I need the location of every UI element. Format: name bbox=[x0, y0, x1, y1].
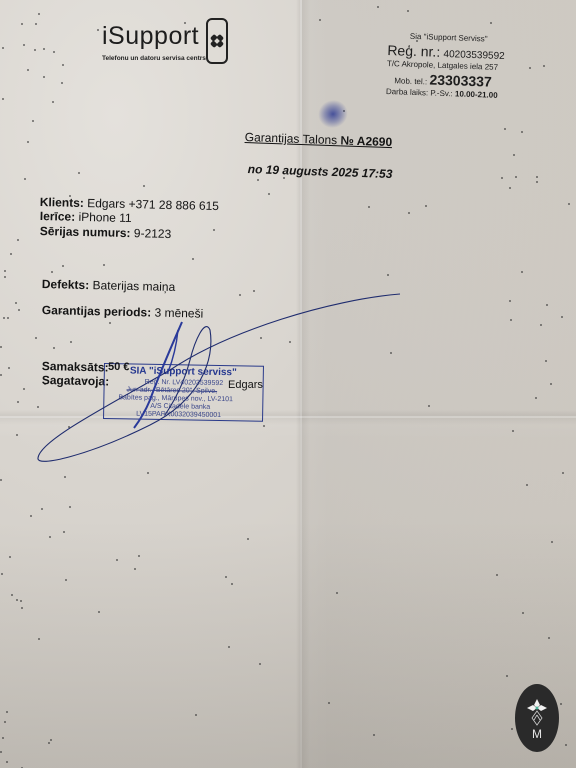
paper-speck bbox=[377, 6, 379, 8]
stamp-title: SIA "iSupport serviss" bbox=[130, 365, 237, 378]
paper-speck bbox=[368, 206, 370, 208]
leaf-monogram-badge-icon: M bbox=[515, 684, 559, 752]
phone-label: Mob. tel.: bbox=[394, 76, 427, 86]
paid-label: Samaksāts: bbox=[42, 359, 109, 375]
paper-speck bbox=[16, 599, 18, 601]
serial-value: 9-2123 bbox=[134, 226, 172, 241]
paper-speck bbox=[61, 82, 63, 84]
paper-speck bbox=[17, 401, 19, 403]
company-info: Sia "iSupport Serviss" Reģ. nr.: 4020353… bbox=[386, 32, 508, 100]
stamp-address-2: Babītes pag., Mārupes nov., LV-2101 bbox=[118, 394, 233, 403]
paper-speck bbox=[18, 309, 20, 311]
paper-speck bbox=[62, 64, 64, 66]
paper-speck bbox=[336, 592, 338, 594]
paper-speck bbox=[21, 607, 23, 609]
paper-speck bbox=[109, 322, 111, 324]
paper-speck bbox=[23, 44, 25, 46]
paper-speck bbox=[496, 574, 498, 576]
vertical-fold-crease bbox=[300, 0, 302, 768]
paper-speck bbox=[192, 258, 194, 260]
paper-speck bbox=[70, 341, 72, 343]
paper-speck bbox=[515, 176, 517, 178]
paper-speck bbox=[501, 177, 503, 179]
paper-speck bbox=[408, 212, 410, 214]
paper-speck bbox=[4, 721, 6, 723]
paper-speck bbox=[0, 346, 2, 348]
defect-field: Defekts: Baterijas maiņa bbox=[42, 277, 176, 294]
paper-speck bbox=[268, 193, 270, 195]
paper-speck bbox=[35, 337, 37, 339]
paper-speck bbox=[7, 317, 9, 319]
horizontal-fold-crease bbox=[0, 416, 576, 418]
paper-speck bbox=[20, 600, 22, 602]
logo-subtitle: Telefonu un datoru servisa centrs bbox=[102, 55, 206, 62]
phone-bandage-icon bbox=[206, 18, 228, 64]
logo-name: iSupport bbox=[102, 22, 199, 51]
device-field: Ierīce: iPhone 11 bbox=[40, 209, 132, 225]
paper-speck bbox=[263, 425, 265, 427]
paper-speck bbox=[65, 579, 67, 581]
device-value: iPhone 11 bbox=[78, 210, 131, 225]
paper-speck bbox=[253, 290, 255, 292]
paper-speck bbox=[23, 388, 25, 390]
defect-value: Baterijas maiņa bbox=[92, 278, 175, 294]
paid-value: 50 € bbox=[108, 361, 130, 373]
paper-speck bbox=[511, 728, 513, 730]
paper-speck bbox=[37, 406, 39, 408]
defect-label: Defekts: bbox=[42, 277, 90, 292]
paper-speck bbox=[50, 739, 52, 741]
paper-speck bbox=[546, 304, 548, 306]
paper-speck bbox=[545, 360, 547, 362]
device-label: Ierīce: bbox=[40, 209, 76, 224]
reg-label: Reģ. nr.: bbox=[387, 42, 440, 60]
paper-speck bbox=[8, 367, 10, 369]
hours-value: 10.00-21.00 bbox=[455, 89, 498, 99]
paper-speck bbox=[143, 185, 145, 187]
paid-field: Samaksāts: bbox=[42, 359, 109, 375]
stamp-iban: LV15PARX0032039450001 bbox=[136, 411, 221, 419]
paper-speck bbox=[373, 734, 375, 736]
paper-speck bbox=[425, 205, 427, 207]
paper-speck bbox=[53, 347, 55, 349]
paper-speck bbox=[535, 397, 537, 399]
paper-speck bbox=[536, 176, 538, 178]
prepared-field: Sagatavoja: bbox=[42, 373, 110, 389]
phone-number: 23303337 bbox=[429, 71, 492, 89]
prepared-value: Edgars bbox=[228, 379, 263, 391]
prepared-label: Sagatavoja: bbox=[42, 373, 110, 389]
serial-field: Sērijas numurs: 9-2123 bbox=[40, 224, 172, 241]
reg-number: 40203539592 bbox=[443, 49, 505, 62]
paper-speck bbox=[565, 744, 567, 746]
paper-speck bbox=[428, 405, 430, 407]
paper-speck bbox=[521, 271, 523, 273]
stamp-bank: A/S Citadele banka bbox=[150, 403, 210, 411]
paper-speck bbox=[62, 265, 64, 267]
paper-speck bbox=[551, 541, 553, 543]
svg-text:M: M bbox=[532, 727, 542, 741]
paper-shadow-bottom bbox=[0, 520, 576, 768]
paper-speck bbox=[2, 47, 4, 49]
company-phone: Mob. tel.: 23303337 bbox=[394, 71, 506, 89]
paper-speck bbox=[540, 324, 542, 326]
serial-label: Sērijas numurs: bbox=[40, 224, 131, 240]
paper-speck bbox=[562, 472, 564, 474]
paper-speck bbox=[41, 508, 43, 510]
paper-speck bbox=[513, 154, 515, 156]
paper-speck bbox=[97, 29, 99, 31]
paper-speck bbox=[11, 594, 13, 596]
stamp-reg: Reģ. Nr. LV40203539592 bbox=[145, 379, 224, 387]
client-label: Klients: bbox=[40, 195, 84, 210]
warranty-label: Garantijas periods: bbox=[42, 303, 152, 319]
paper-speck bbox=[257, 179, 259, 181]
paper-speck bbox=[2, 737, 4, 739]
paper-speck bbox=[35, 23, 37, 25]
paper-speck bbox=[4, 270, 6, 272]
paper-speck bbox=[38, 638, 40, 640]
paper-speck bbox=[506, 675, 508, 677]
warranty-value: 3 mēneši bbox=[154, 306, 203, 321]
company-address: T/C Akropole, Latgales iela 257 bbox=[387, 60, 507, 72]
title-number: № A2690 bbox=[340, 133, 392, 149]
paper-speck bbox=[560, 703, 562, 705]
